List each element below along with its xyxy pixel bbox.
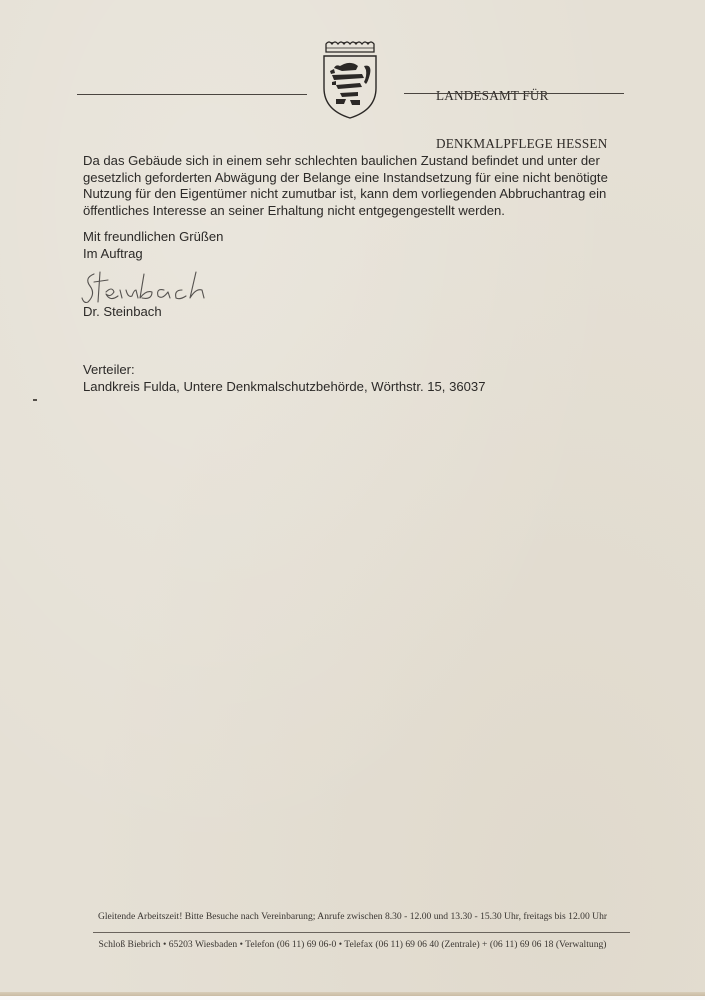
fold-mark: [33, 399, 37, 401]
hesse-coat-of-arms-icon: [320, 38, 380, 120]
paragraph-line: Nutzung für den Eigentümer nicht zumutba…: [83, 186, 663, 203]
footer-rule: [93, 932, 630, 933]
letterhead-rule-right: [404, 93, 624, 94]
scan-margin: [0, 996, 705, 1000]
on-behalf-note: Im Auftrag: [83, 246, 223, 263]
organization-name-line-2: DENKMALPFLEGE HESSEN: [436, 136, 607, 152]
footer-address: Schloß Biebrich • 65203 Wiesbaden • Tele…: [0, 939, 705, 950]
letter-page: LANDESAMT FÜR DENKMALPFLEGE HESSEN Da da…: [0, 0, 705, 996]
distribution-recipient: Landkreis Fulda, Untere Denkmalschutzbeh…: [83, 379, 486, 396]
closing-block: Mit freundlichen Grüßen Im Auftrag: [83, 229, 223, 262]
salutation: Mit freundlichen Grüßen: [83, 229, 223, 246]
paragraph-line: gesetzlich geforderten Abwägung der Bela…: [83, 170, 663, 187]
handwritten-signature: [80, 268, 240, 308]
organization-name-line-1: LANDESAMT FÜR: [436, 88, 607, 104]
signer-name: Dr. Steinbach: [83, 304, 162, 321]
footer-office-hours: Gleitende Arbeitszeit! Bitte Besuche nac…: [0, 911, 705, 922]
distribution-block: Verteiler: Landkreis Fulda, Untere Denkm…: [83, 362, 486, 395]
paragraph-line: öffentliches Interesse an seiner Erhaltu…: [83, 203, 663, 220]
distribution-label: Verteiler:: [83, 362, 486, 379]
paragraph-line: Da das Gebäude sich in einem sehr schlec…: [83, 153, 663, 170]
letterhead-rule-left: [77, 94, 307, 95]
body-paragraph: Da das Gebäude sich in einem sehr schlec…: [83, 153, 663, 219]
